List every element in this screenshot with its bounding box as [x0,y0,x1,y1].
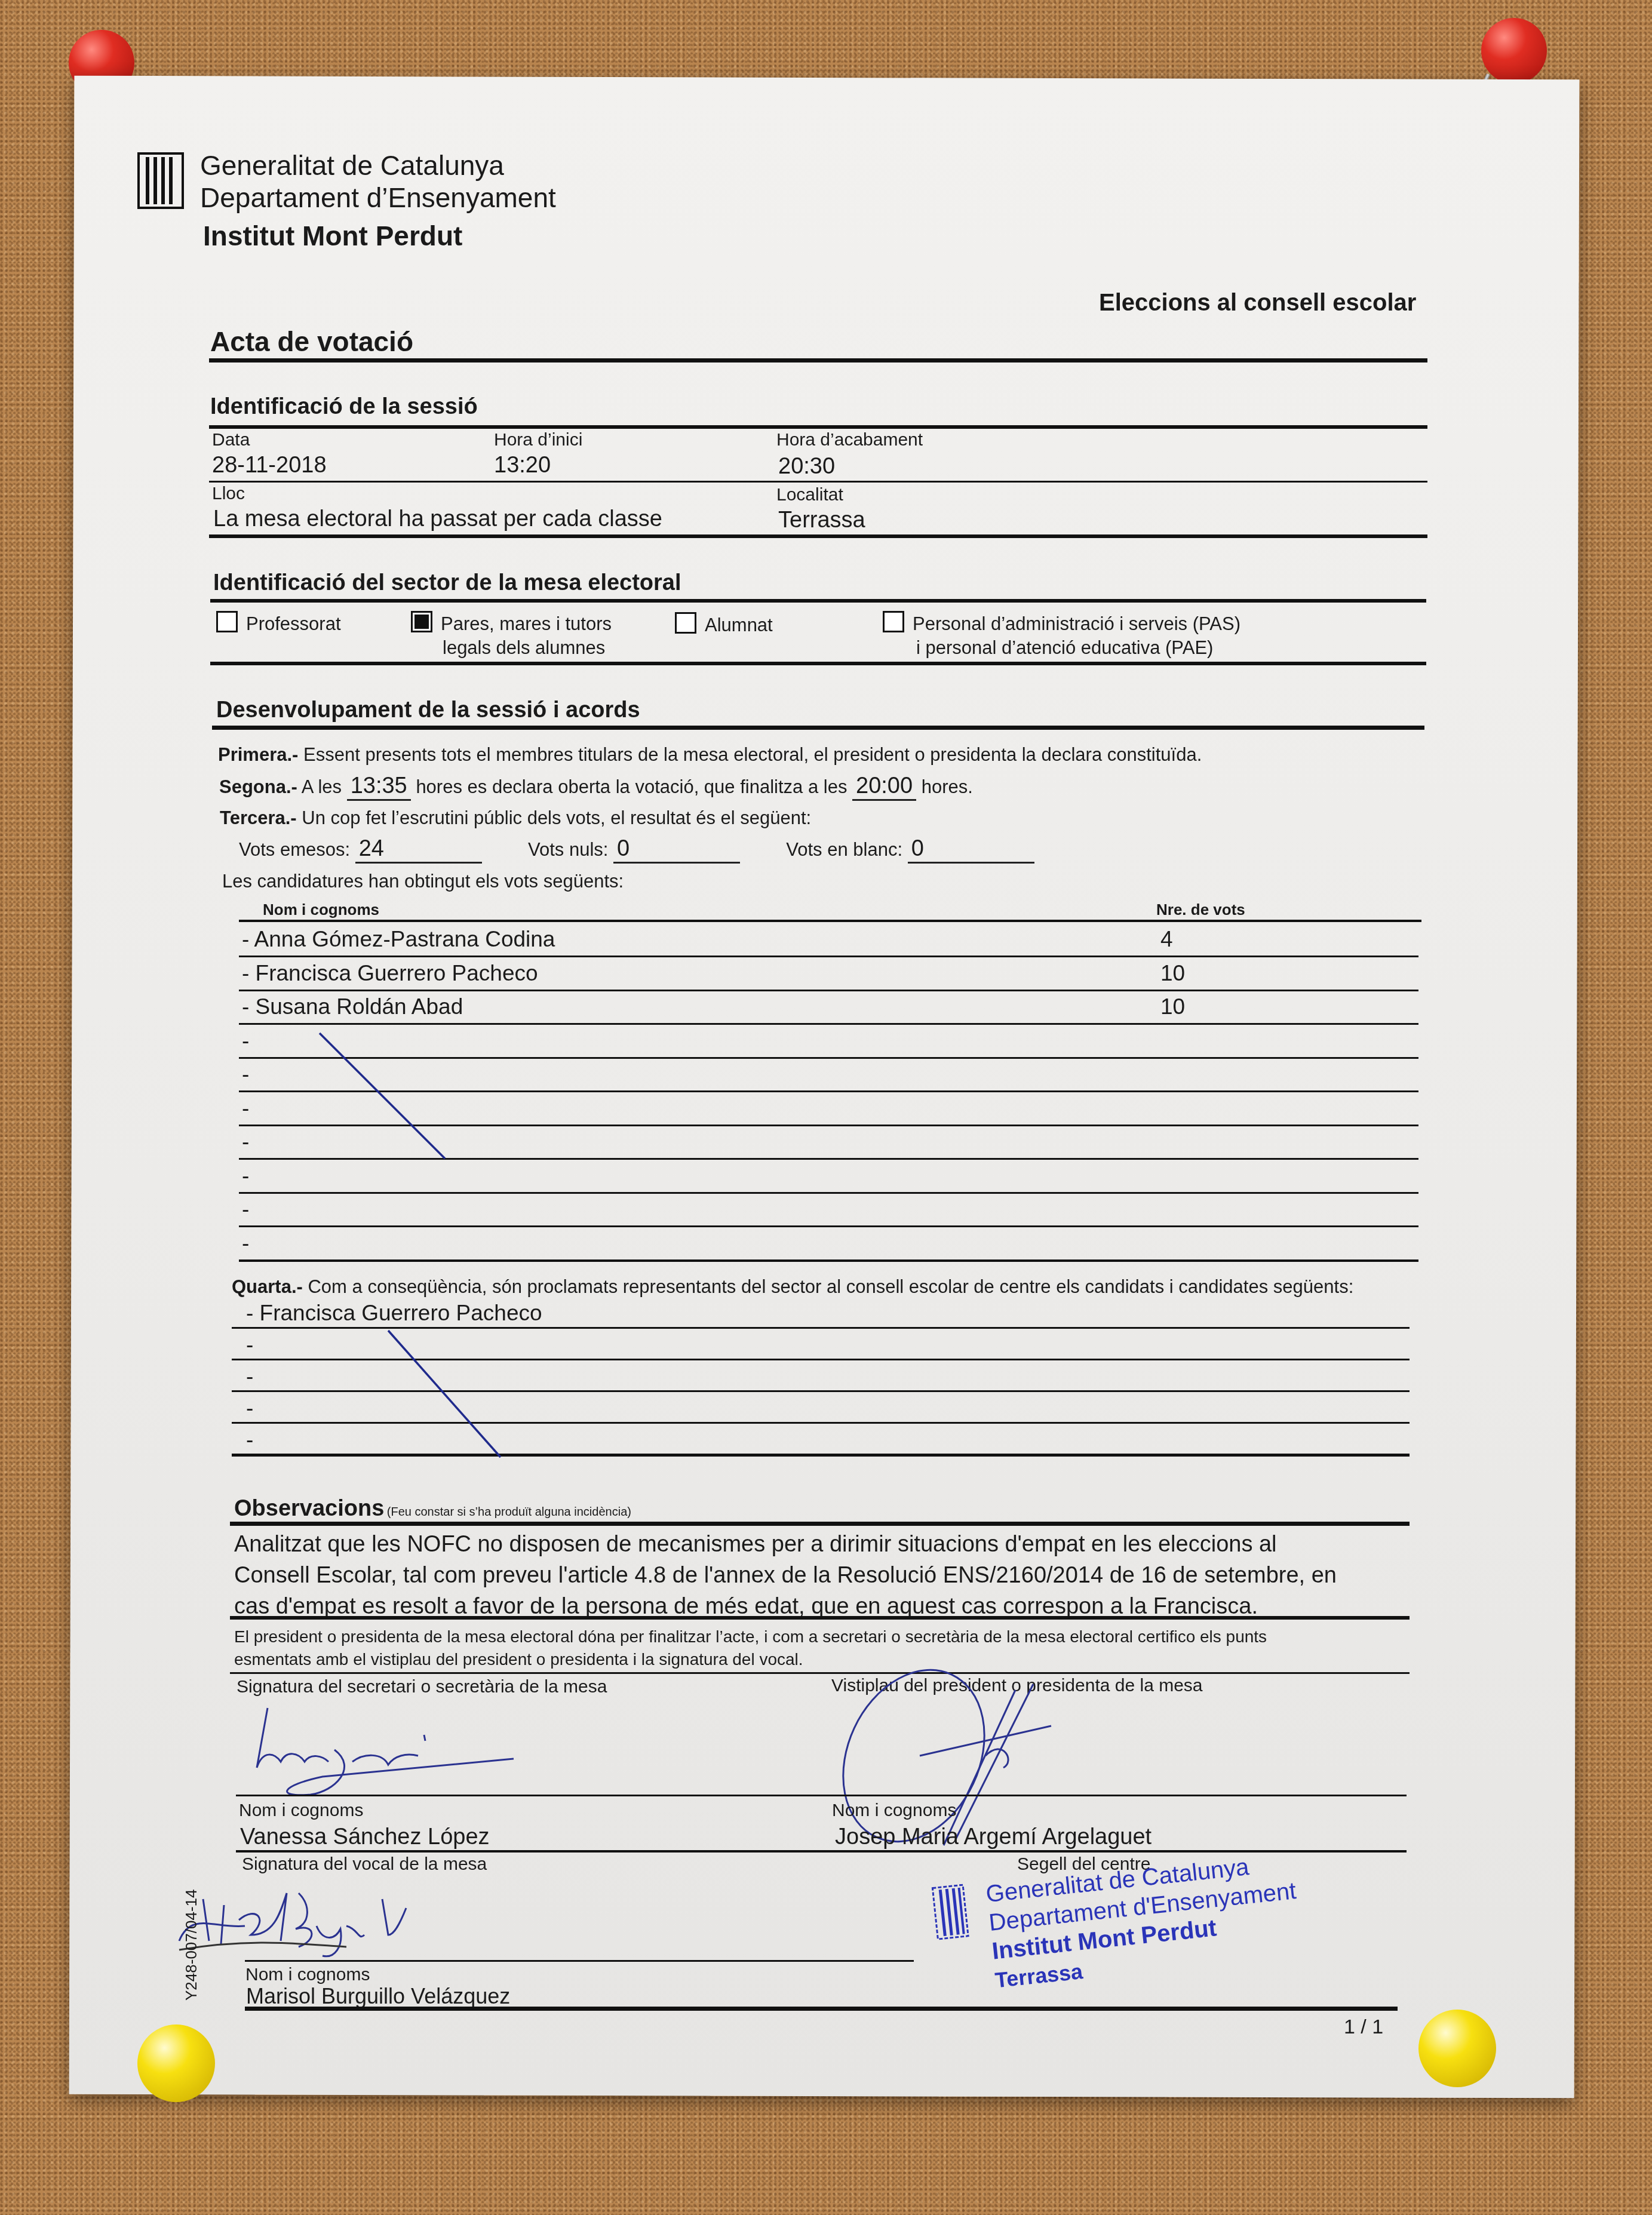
vocal-signature [0,0,1652,2215]
generalitat-stamp-logo-icon [931,1884,969,1940]
form-code: Y248-007/04-14 [182,1890,201,2001]
rule [245,2007,1398,2011]
vocal-name: Marisol Burguillo Velázquez [246,1984,510,2009]
rule [245,1960,914,1962]
vocal-name-label: Nom i cognoms [245,1965,370,1985]
page-number: 1 / 1 [1344,2016,1383,2039]
